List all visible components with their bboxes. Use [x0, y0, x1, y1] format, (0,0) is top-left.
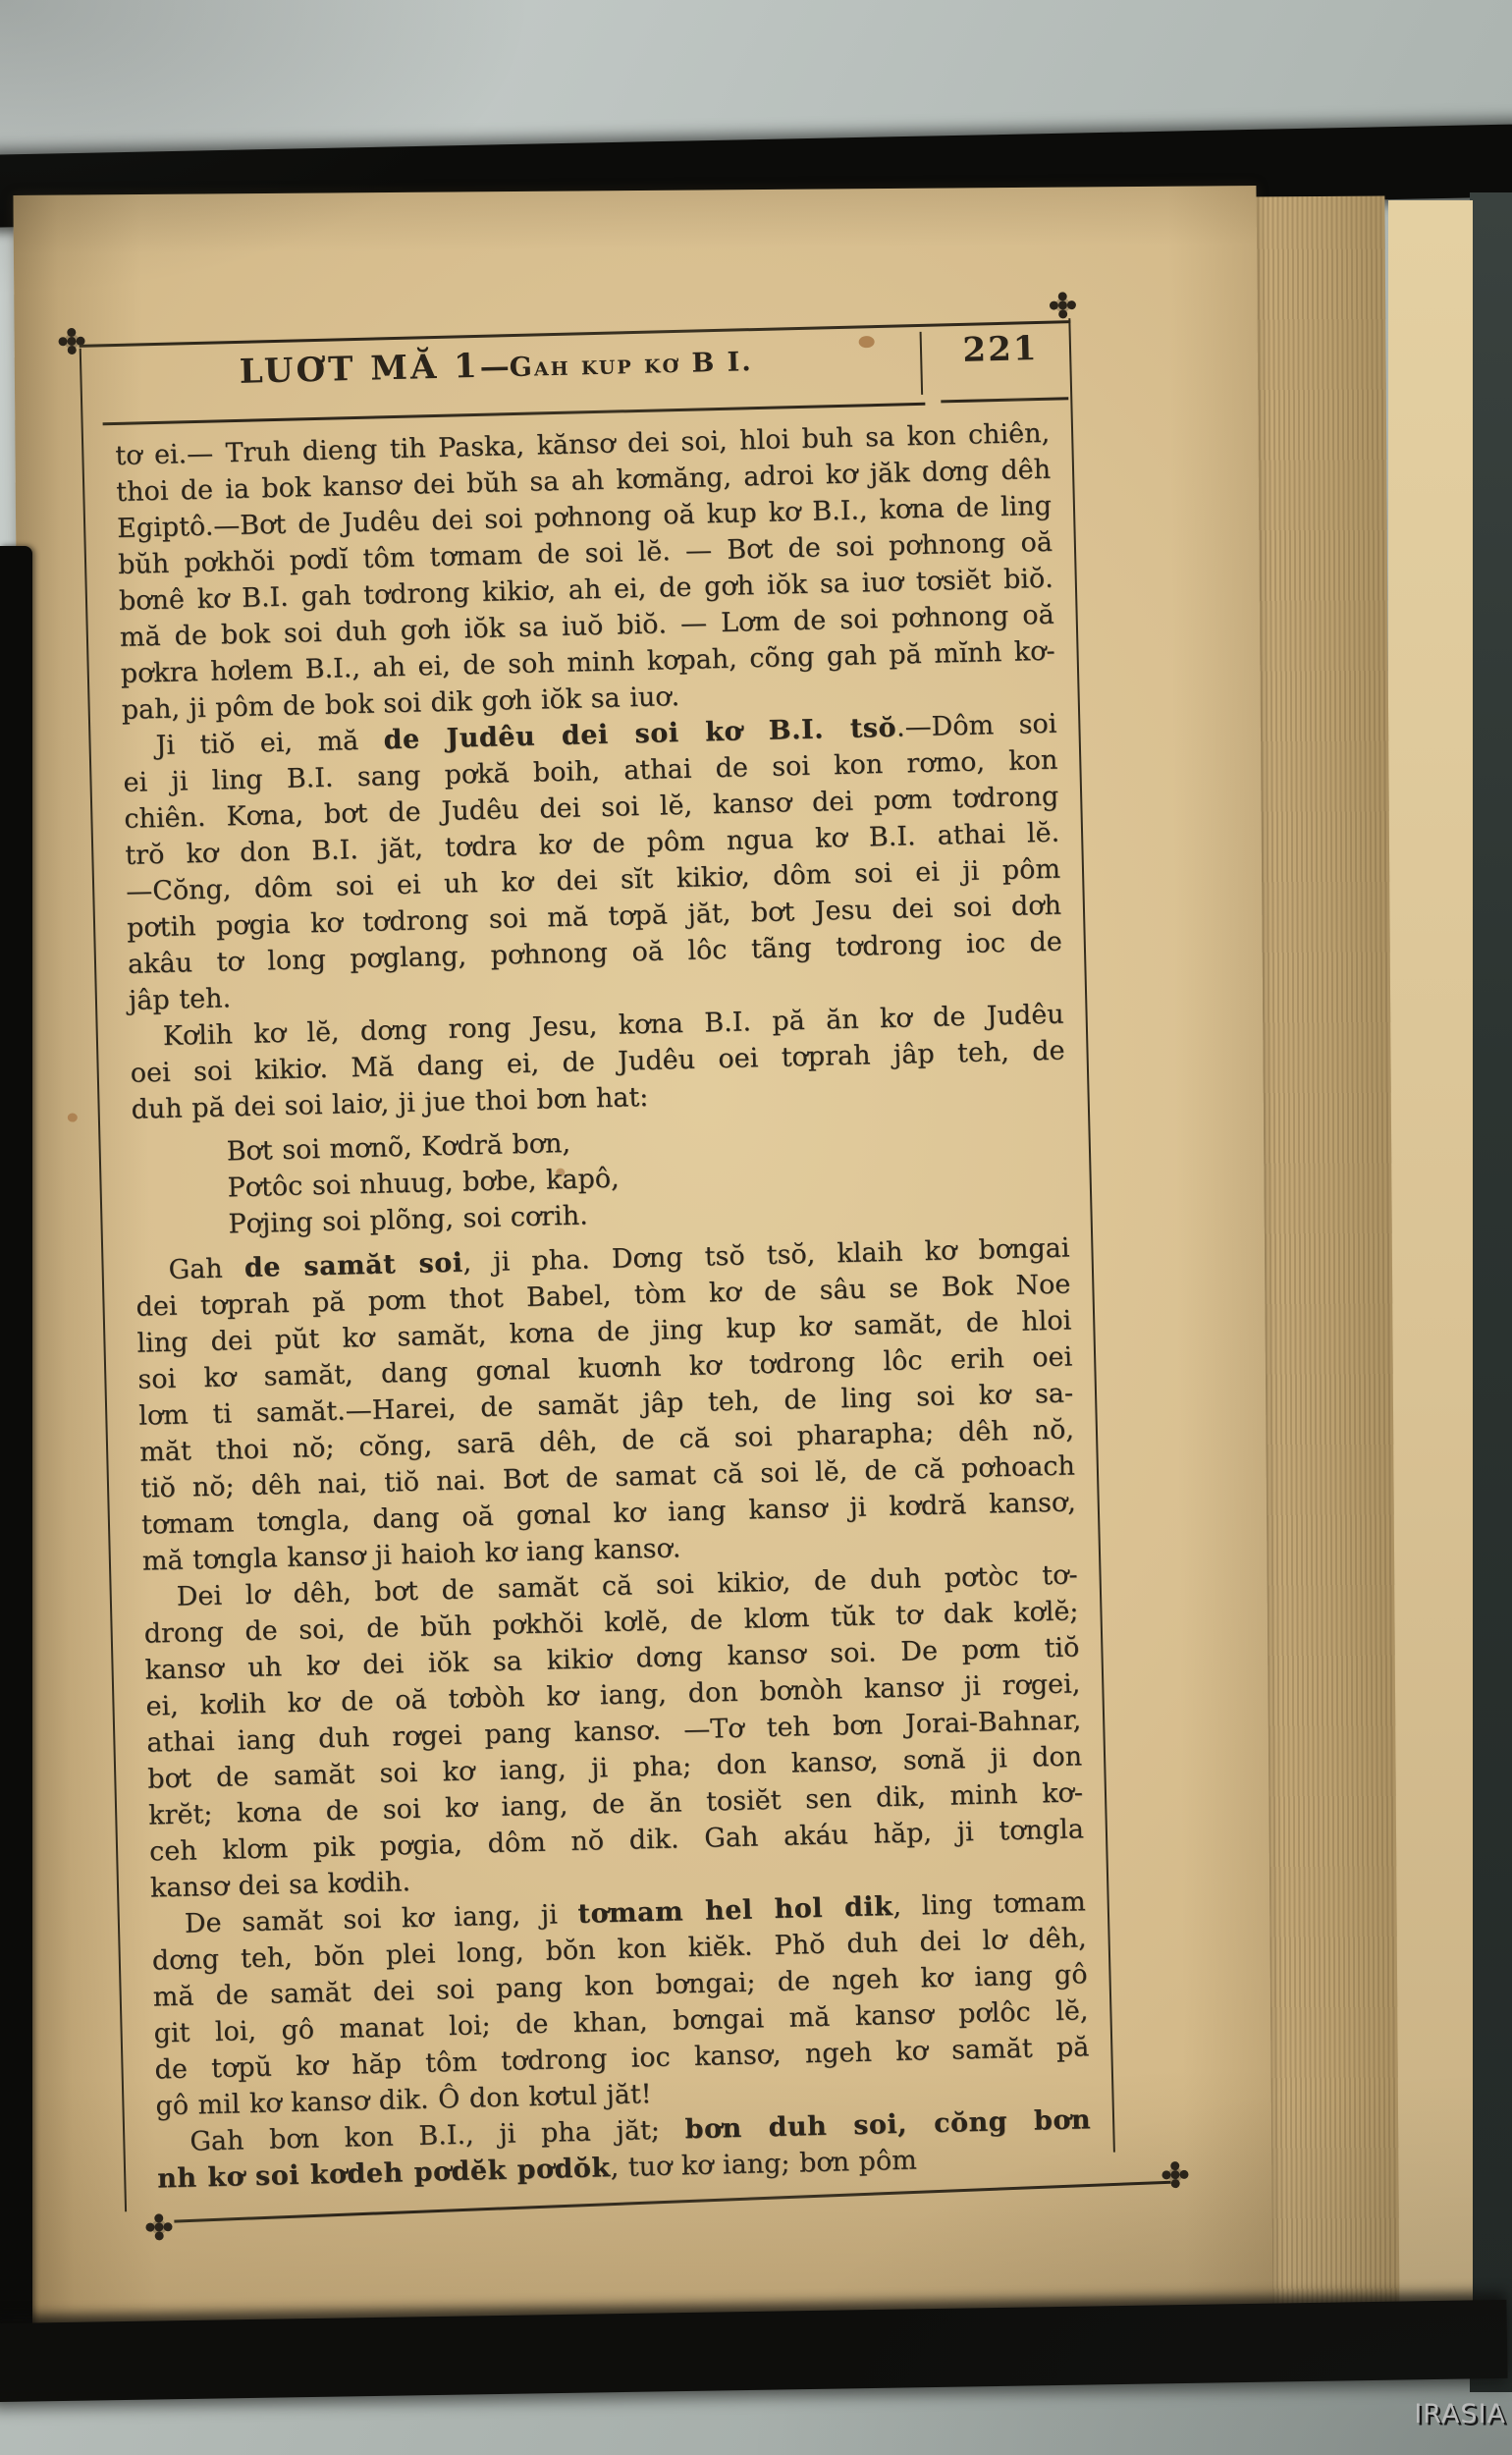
text-segment: , tuơ kơ iang; bơn pôm — [610, 2146, 917, 2184]
page-number: 221 — [938, 328, 1064, 370]
corner-ornament-bottom-left-icon — [154, 2222, 163, 2231]
bold-text-segment: nh kơ soi kơdeh pơdĕk pơdŏk — [157, 2153, 611, 2194]
running-title-main: LUƠT MĂ 1 — [239, 347, 480, 392]
running-title-sub: Gah kup kơ B I. — [509, 347, 753, 383]
text-segment: jâp teh. — [129, 983, 232, 1016]
verse-block: Bơt soi mơnõ, Kơdră bơn,Pơtôc soi nhuug,… — [226, 1114, 1068, 1243]
book-cover-right-edge — [1470, 192, 1512, 2392]
paragraph: Kơlih kơ lĕ, dơng rong Jesu, kơna B.I. p… — [129, 997, 1065, 1128]
paragraph: De samăt soi kơ iang, ji tơmam hel hol d… — [151, 1883, 1091, 2124]
endpaper-edge — [1388, 200, 1473, 2341]
watermark: IRASIA — [1414, 2399, 1506, 2429]
text-frame: LUƠT MĂ 1—Gah kup kơ B I. 221 tơ ei.— Tr… — [73, 304, 1141, 2252]
scanned-book-page: LUƠT MĂ 1—Gah kup kơ B I. 221 tơ ei.— Tr… — [0, 0, 1512, 2455]
bold-text-segment: de samăt soi — [244, 1248, 463, 1283]
paragraph: tơ ei.— Truh dieng tih Paska, kănsơ dei … — [115, 415, 1056, 729]
text-segment: Gah — [168, 1253, 244, 1285]
bold-text-segment: tơmam hel hol dik — [577, 1891, 893, 1930]
bold-text-segment: bơn duh soi, cŏng bơn — [684, 2104, 1091, 2145]
header-divider — [920, 332, 924, 395]
text-segment: Ji tiŏ ei, mă — [155, 725, 384, 761]
text-segment: , ling tơmam — [892, 1886, 1086, 1922]
pagenumber-underline — [941, 397, 1068, 403]
paragraph: Gah de samăt soi, ji pha. Dơng tsŏ tsŏ, … — [135, 1229, 1077, 1579]
paper-stain — [68, 1114, 78, 1122]
text-segment: .—Dôm soi — [896, 709, 1057, 743]
paragraph: Ji tiŏ ei, mă de Judêu dei soi kơ B.I. t… — [122, 706, 1063, 1019]
corner-ornament-top-right-icon — [1058, 300, 1067, 309]
text-segment: kansơ dei sa kơdih. — [150, 1867, 411, 1903]
running-title: LUƠT MĂ 1—Gah kup kơ B I. — [74, 336, 919, 396]
body-text: tơ ei.— Truh dieng tih Paska, kănsơ dei … — [115, 415, 1092, 2198]
text-segment: Pơjing soi plõng, soi cơrih. — [228, 1200, 588, 1239]
running-title-dash: — — [479, 350, 510, 385]
corner-ornament-top-left-icon — [67, 337, 76, 346]
book-cover-left-edge — [0, 546, 32, 2378]
paragraph: Dei lơ dêh, bơt de samăt că soi kikiơ, d… — [142, 1556, 1085, 1906]
text-segment: Bơt soi mơnõ, Kơdră bơn, — [226, 1128, 570, 1168]
